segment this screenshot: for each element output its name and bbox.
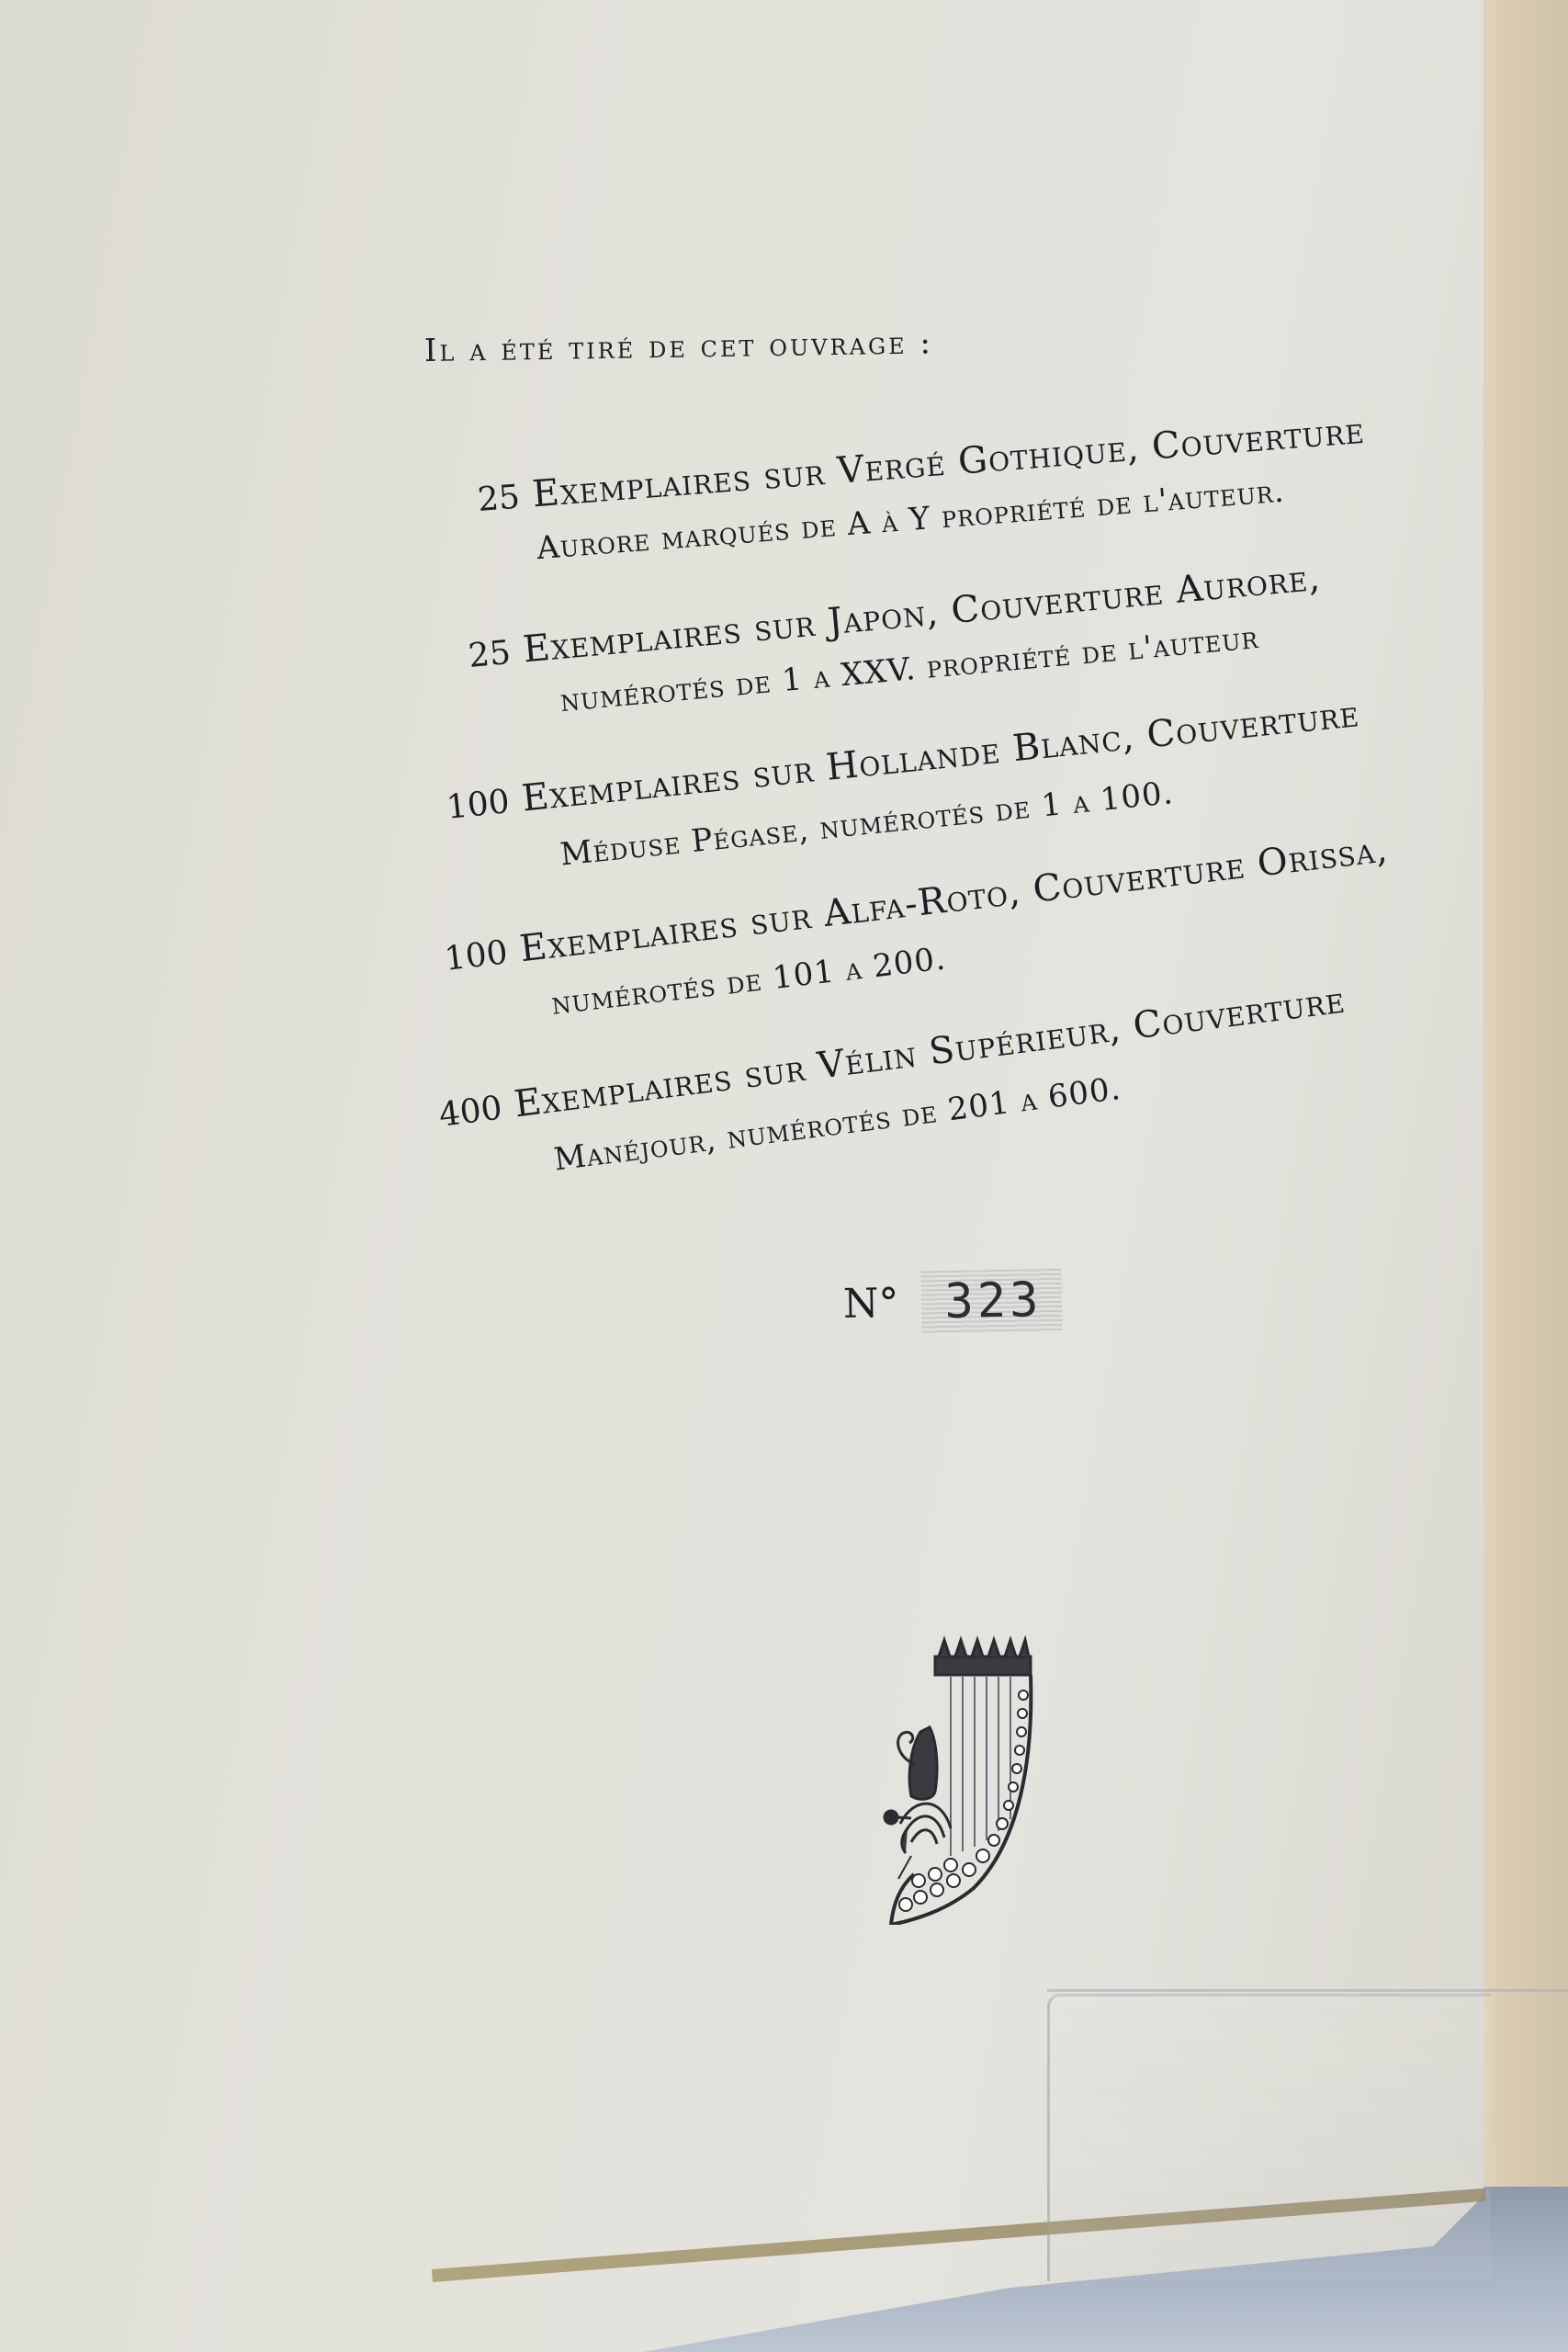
edition-quantity: 100 [445,783,512,827]
harp-ornament-icon [827,1612,1066,1925]
edition-quantity: 400 [437,1090,504,1135]
copy-number-stamp: 323 [920,1269,1063,1334]
copy-number: N°323 [842,1269,1063,1335]
edition-entry: 25Exemplaires sur Vergé Gothique, Couver… [476,410,1366,520]
edition-entry: 25Exemplaires sur Japon, Couverture Auro… [467,557,1323,676]
colophon-heading: Il a été tiré de cet ouvrage : [424,324,933,369]
colophon: Il a été tiré de cet ouvrage : 25Exempla… [0,0,1483,2205]
edition-quantity: 25 [467,634,512,675]
copy-number-label: N° [843,1279,899,1327]
edition-quantity: 100 [443,933,510,978]
edition-quantity: 25 [477,479,522,519]
